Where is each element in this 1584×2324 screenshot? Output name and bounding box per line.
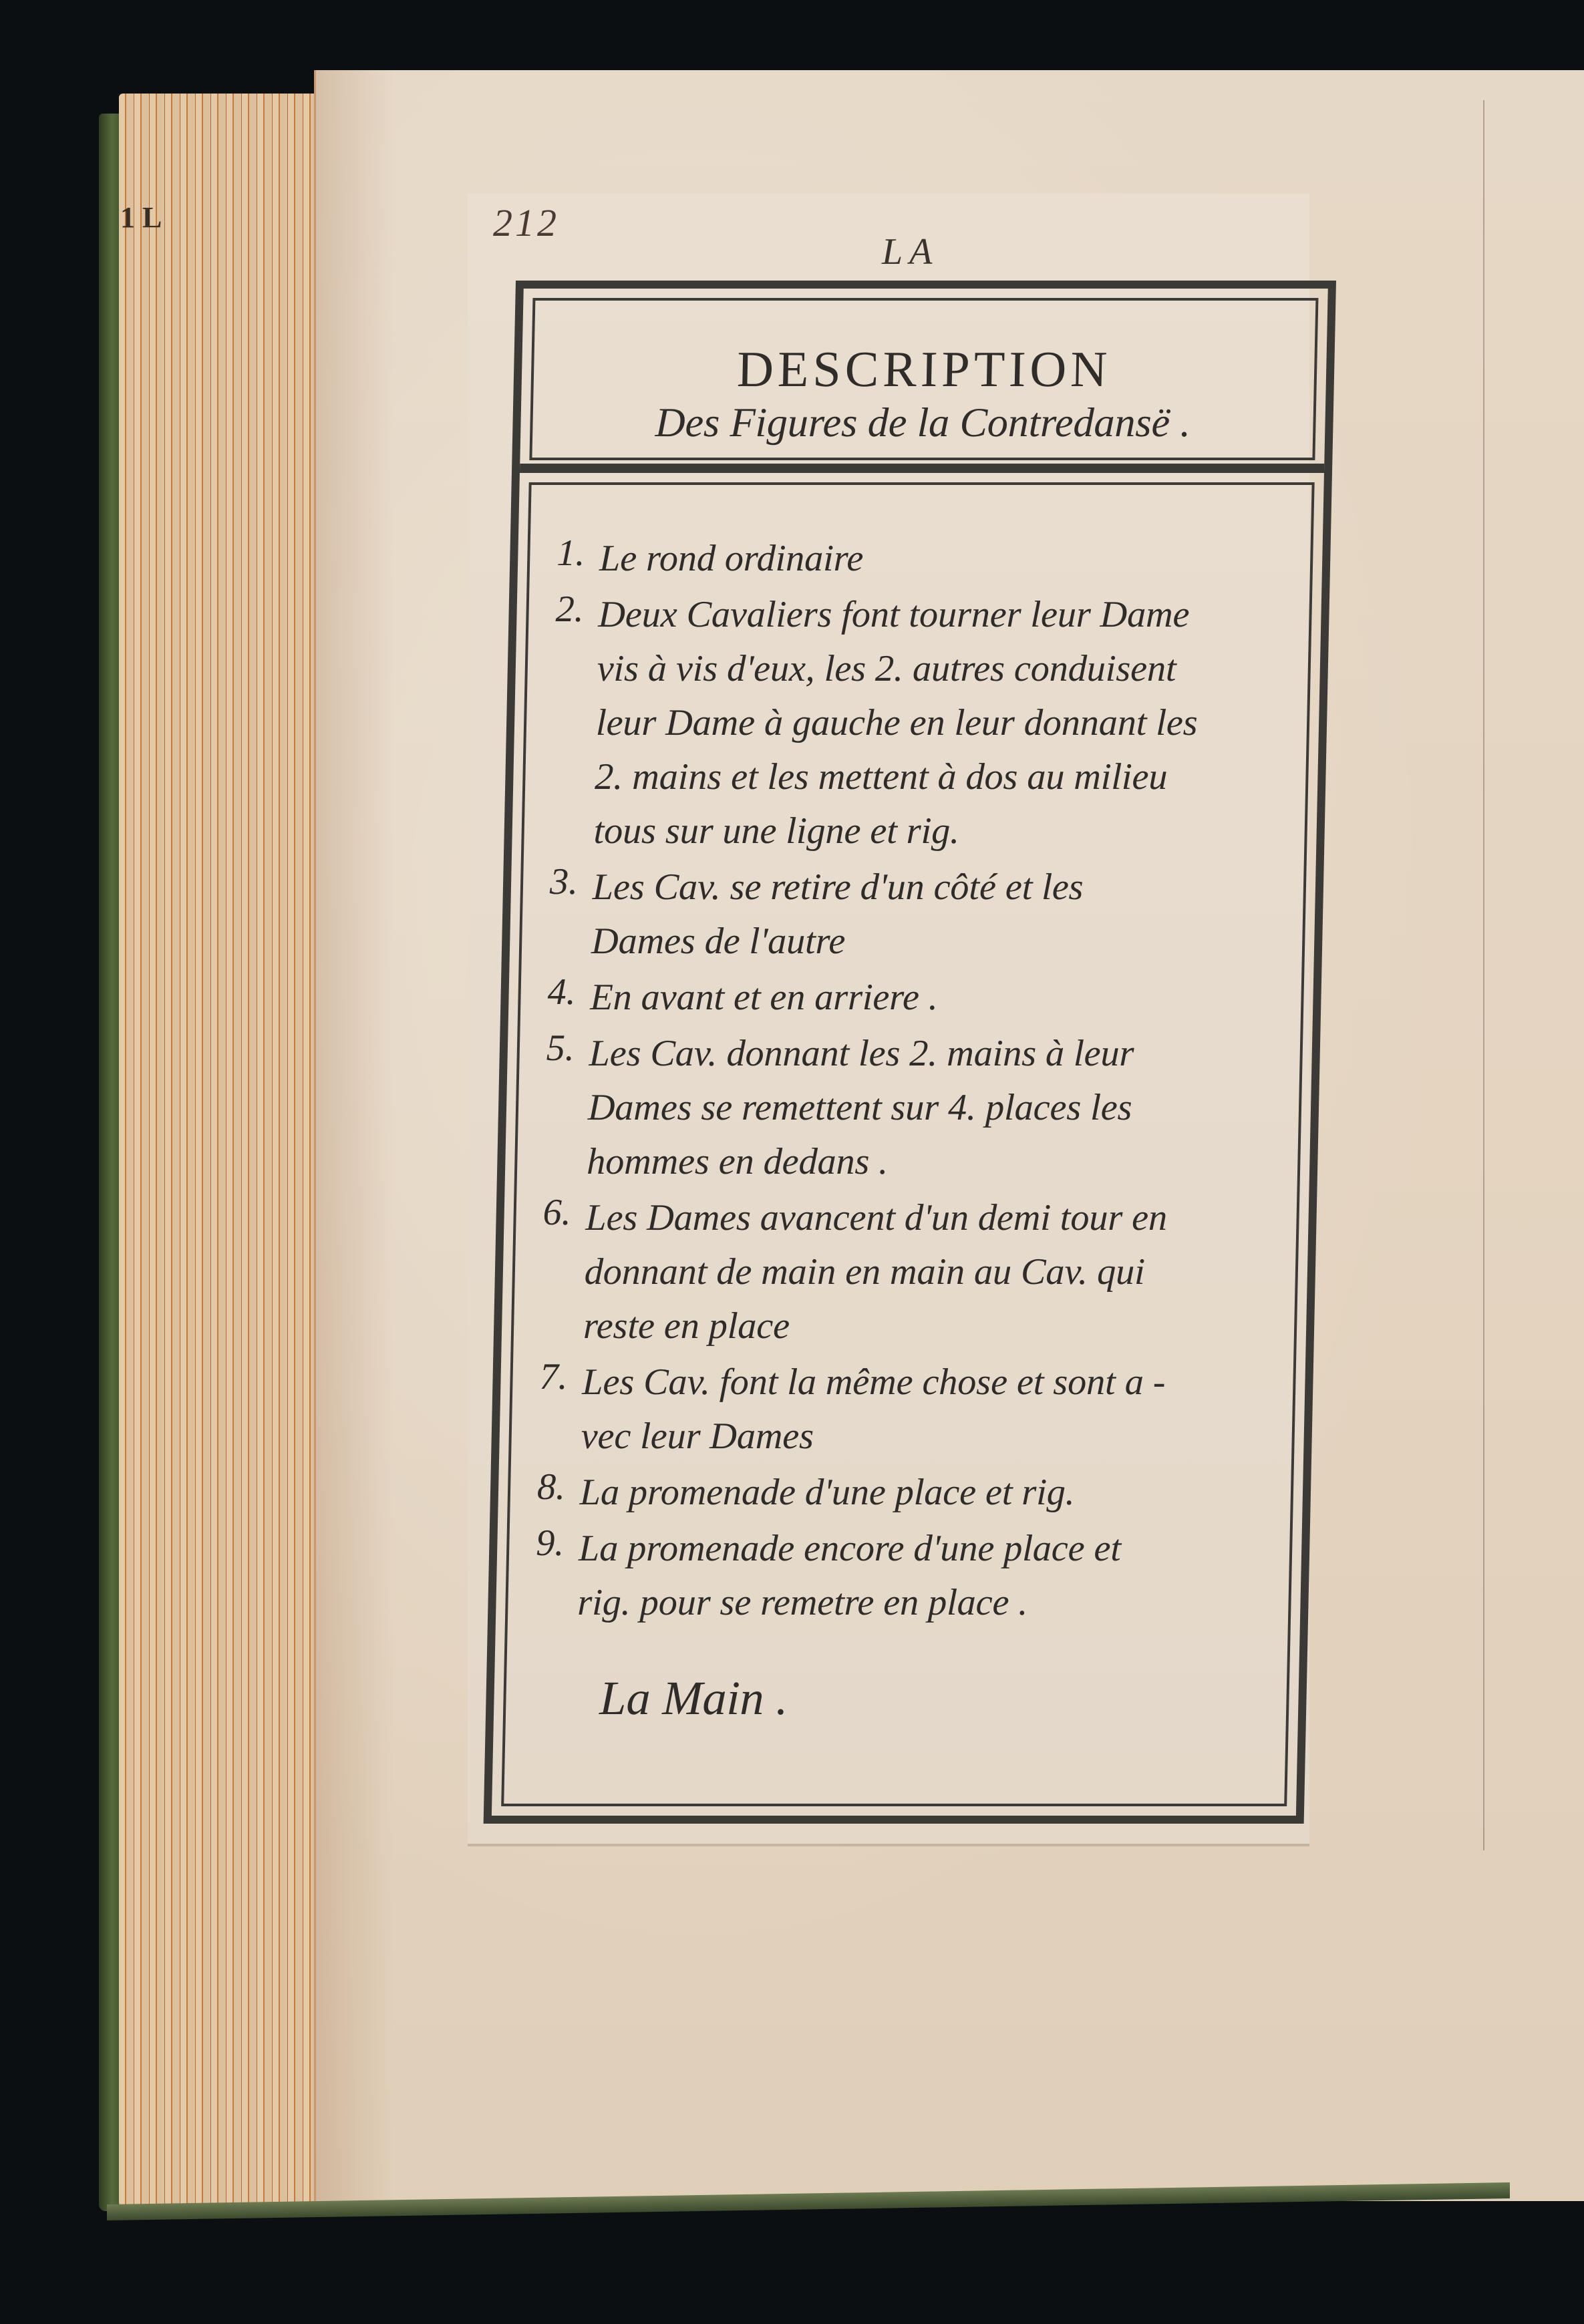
plate-mark-line — [1483, 100, 1484, 1850]
figure-entry: 3. Les Cav. se retire d'un côté et les D… — [548, 860, 1283, 969]
entry-line: Les Cav. font la même chose et sont a - — [582, 1355, 1274, 1409]
figure-entry: 5. Les Cav. donnant les 2. mains à leur … — [544, 1027, 1281, 1189]
entry-line: donnant de main en main au Cav. qui — [584, 1245, 1276, 1299]
entry-line: En avant et en arriere . — [590, 971, 1282, 1025]
entry-line: La promenade encore d'une place et — [578, 1522, 1270, 1576]
entry-line: reste en place — [583, 1299, 1275, 1353]
page-stack-fore-edge — [119, 94, 319, 2211]
entry-number: 2. — [555, 588, 599, 631]
entry-line: leur Dame à gauche en leur donnant les — [595, 696, 1287, 750]
entry-number: 3. — [549, 860, 593, 903]
figure-entry: 2. Deux Cavaliers font tourner leur Dame… — [550, 588, 1289, 858]
figure-entry: 4. En avant et en arriere . — [547, 971, 1282, 1025]
entry-line: La promenade d'une place et rig. — [579, 1466, 1271, 1520]
frame-divider — [520, 464, 1324, 473]
engraved-frame: DESCRIPTION Des Figures de la Contredans… — [484, 281, 1336, 1824]
entry-number: 5. — [546, 1027, 589, 1069]
figure-entry: 8. La promenade d'une place et rig. — [536, 1466, 1271, 1520]
plate-subtitle: Des Figures de la Contredansë . — [532, 399, 1313, 447]
entry-number: 7. — [539, 1355, 583, 1398]
spine-fragment-text: 1 L — [120, 200, 162, 234]
entry-line: Dames de l'autre — [591, 915, 1283, 969]
entry-line: tous sur une ligne et rig. — [593, 804, 1285, 858]
figure-entry: 9. La promenade encore d'une place et ri… — [534, 1522, 1270, 1630]
frame-header: DESCRIPTION Des Figures de la Contredans… — [529, 298, 1318, 460]
entry-number: 9. — [536, 1522, 579, 1564]
entry-line: Deux Cavaliers font tourner leur Dame — [598, 588, 1290, 642]
entry-number: 4. — [547, 971, 591, 1013]
page-number: 212 — [493, 200, 559, 245]
figure-entry: 1. Le rond ordinaire — [556, 532, 1291, 586]
entry-line: Les Cav. donnant les 2. mains à leur — [589, 1027, 1281, 1081]
entry-line: Les Cav. se retire d'un côté et les — [592, 860, 1284, 915]
entry-number: 1. — [557, 532, 600, 574]
gutter-shadow — [314, 70, 394, 2201]
frame-body: 1. Le rond ordinaire 2. Deux Cavaliers f… — [501, 482, 1315, 1806]
signature: La Main . — [599, 1671, 789, 1726]
figure-entry: 6. Les Dames avancent d'un demi tour en … — [540, 1191, 1277, 1353]
entry-number: 8. — [536, 1466, 580, 1508]
entry-line: rig. pour se remetre en place . — [577, 1576, 1269, 1630]
entry-line: vis à vis d'eux, les 2. autres conduisen… — [597, 642, 1289, 696]
entry-line: Le rond ordinaire — [599, 532, 1291, 586]
plate-title: DESCRIPTION — [533, 341, 1315, 399]
figure-entry: 7. Les Cav. font la même chose et sont a… — [538, 1355, 1273, 1464]
entry-line: 2. mains et les mettent à dos au milieu — [595, 750, 1287, 804]
entry-line: Les Dames avancent d'un demi tour en — [585, 1191, 1277, 1245]
figure-list: 1. Le rond ordinaire 2. Deux Cavaliers f… — [534, 532, 1291, 1632]
running-head: LA — [882, 230, 939, 273]
entry-line: vec leur Dames — [581, 1409, 1273, 1464]
entry-number: 6. — [542, 1191, 586, 1234]
entry-line: Dames se remettent sur 4. places les — [587, 1081, 1279, 1135]
entry-line: hommes en dedans . — [587, 1135, 1279, 1189]
